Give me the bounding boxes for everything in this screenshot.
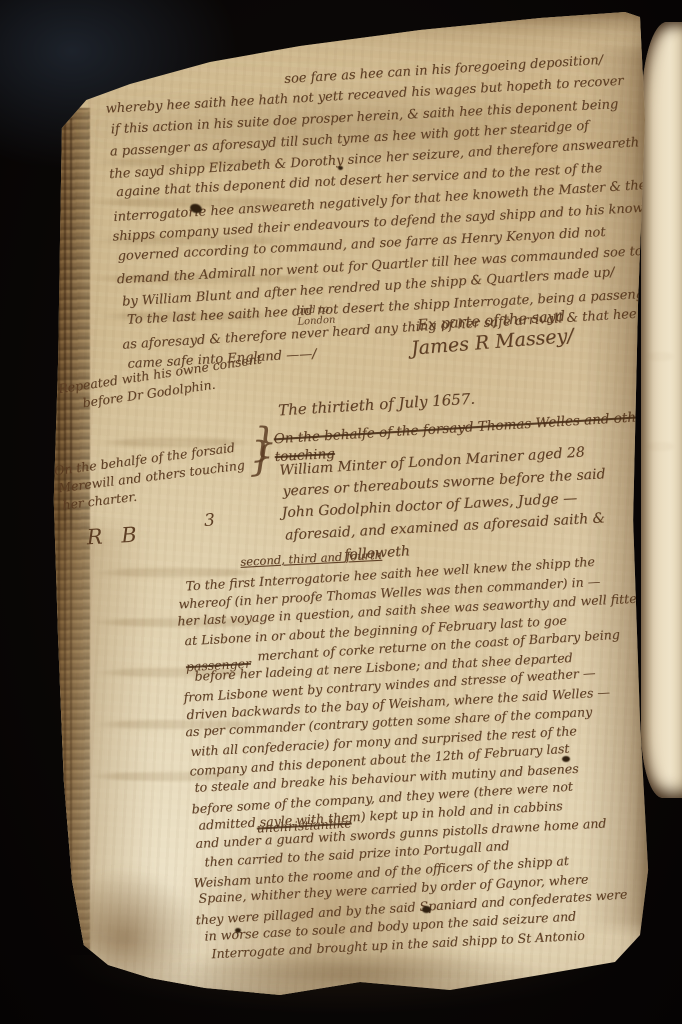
manuscript-page: soe fare as hee can in his foregoeing de… xyxy=(30,8,655,1008)
answer-paragraph: To the first Interrogatorie hee saith he… xyxy=(175,551,665,965)
interlinear-word: and to London xyxy=(297,304,336,328)
ink-blot xyxy=(422,906,431,913)
brace-mark: } xyxy=(247,433,275,480)
folio-number: 3 xyxy=(204,510,216,531)
ink-blot xyxy=(235,928,241,933)
margin-note-behalf: On the behalfe of the forsaidMerewill an… xyxy=(53,438,248,515)
date-line: The thirtieth of July 1657. xyxy=(278,390,476,420)
ink-blot xyxy=(338,166,343,170)
ink-blot xyxy=(562,756,570,762)
adjacent-page-edge xyxy=(641,22,682,798)
ghost-writing xyxy=(645,352,675,361)
handwriting-layer: soe fare as hee can in his foregoeing de… xyxy=(5,0,682,1024)
manuscript-photo: soe fare as hee can in his foregoeing de… xyxy=(0,0,682,1024)
ghost-writing xyxy=(644,442,676,451)
clerk-initials: R B xyxy=(86,522,143,549)
session-date-heading: The thirtieth of July 1657. xyxy=(278,390,476,419)
